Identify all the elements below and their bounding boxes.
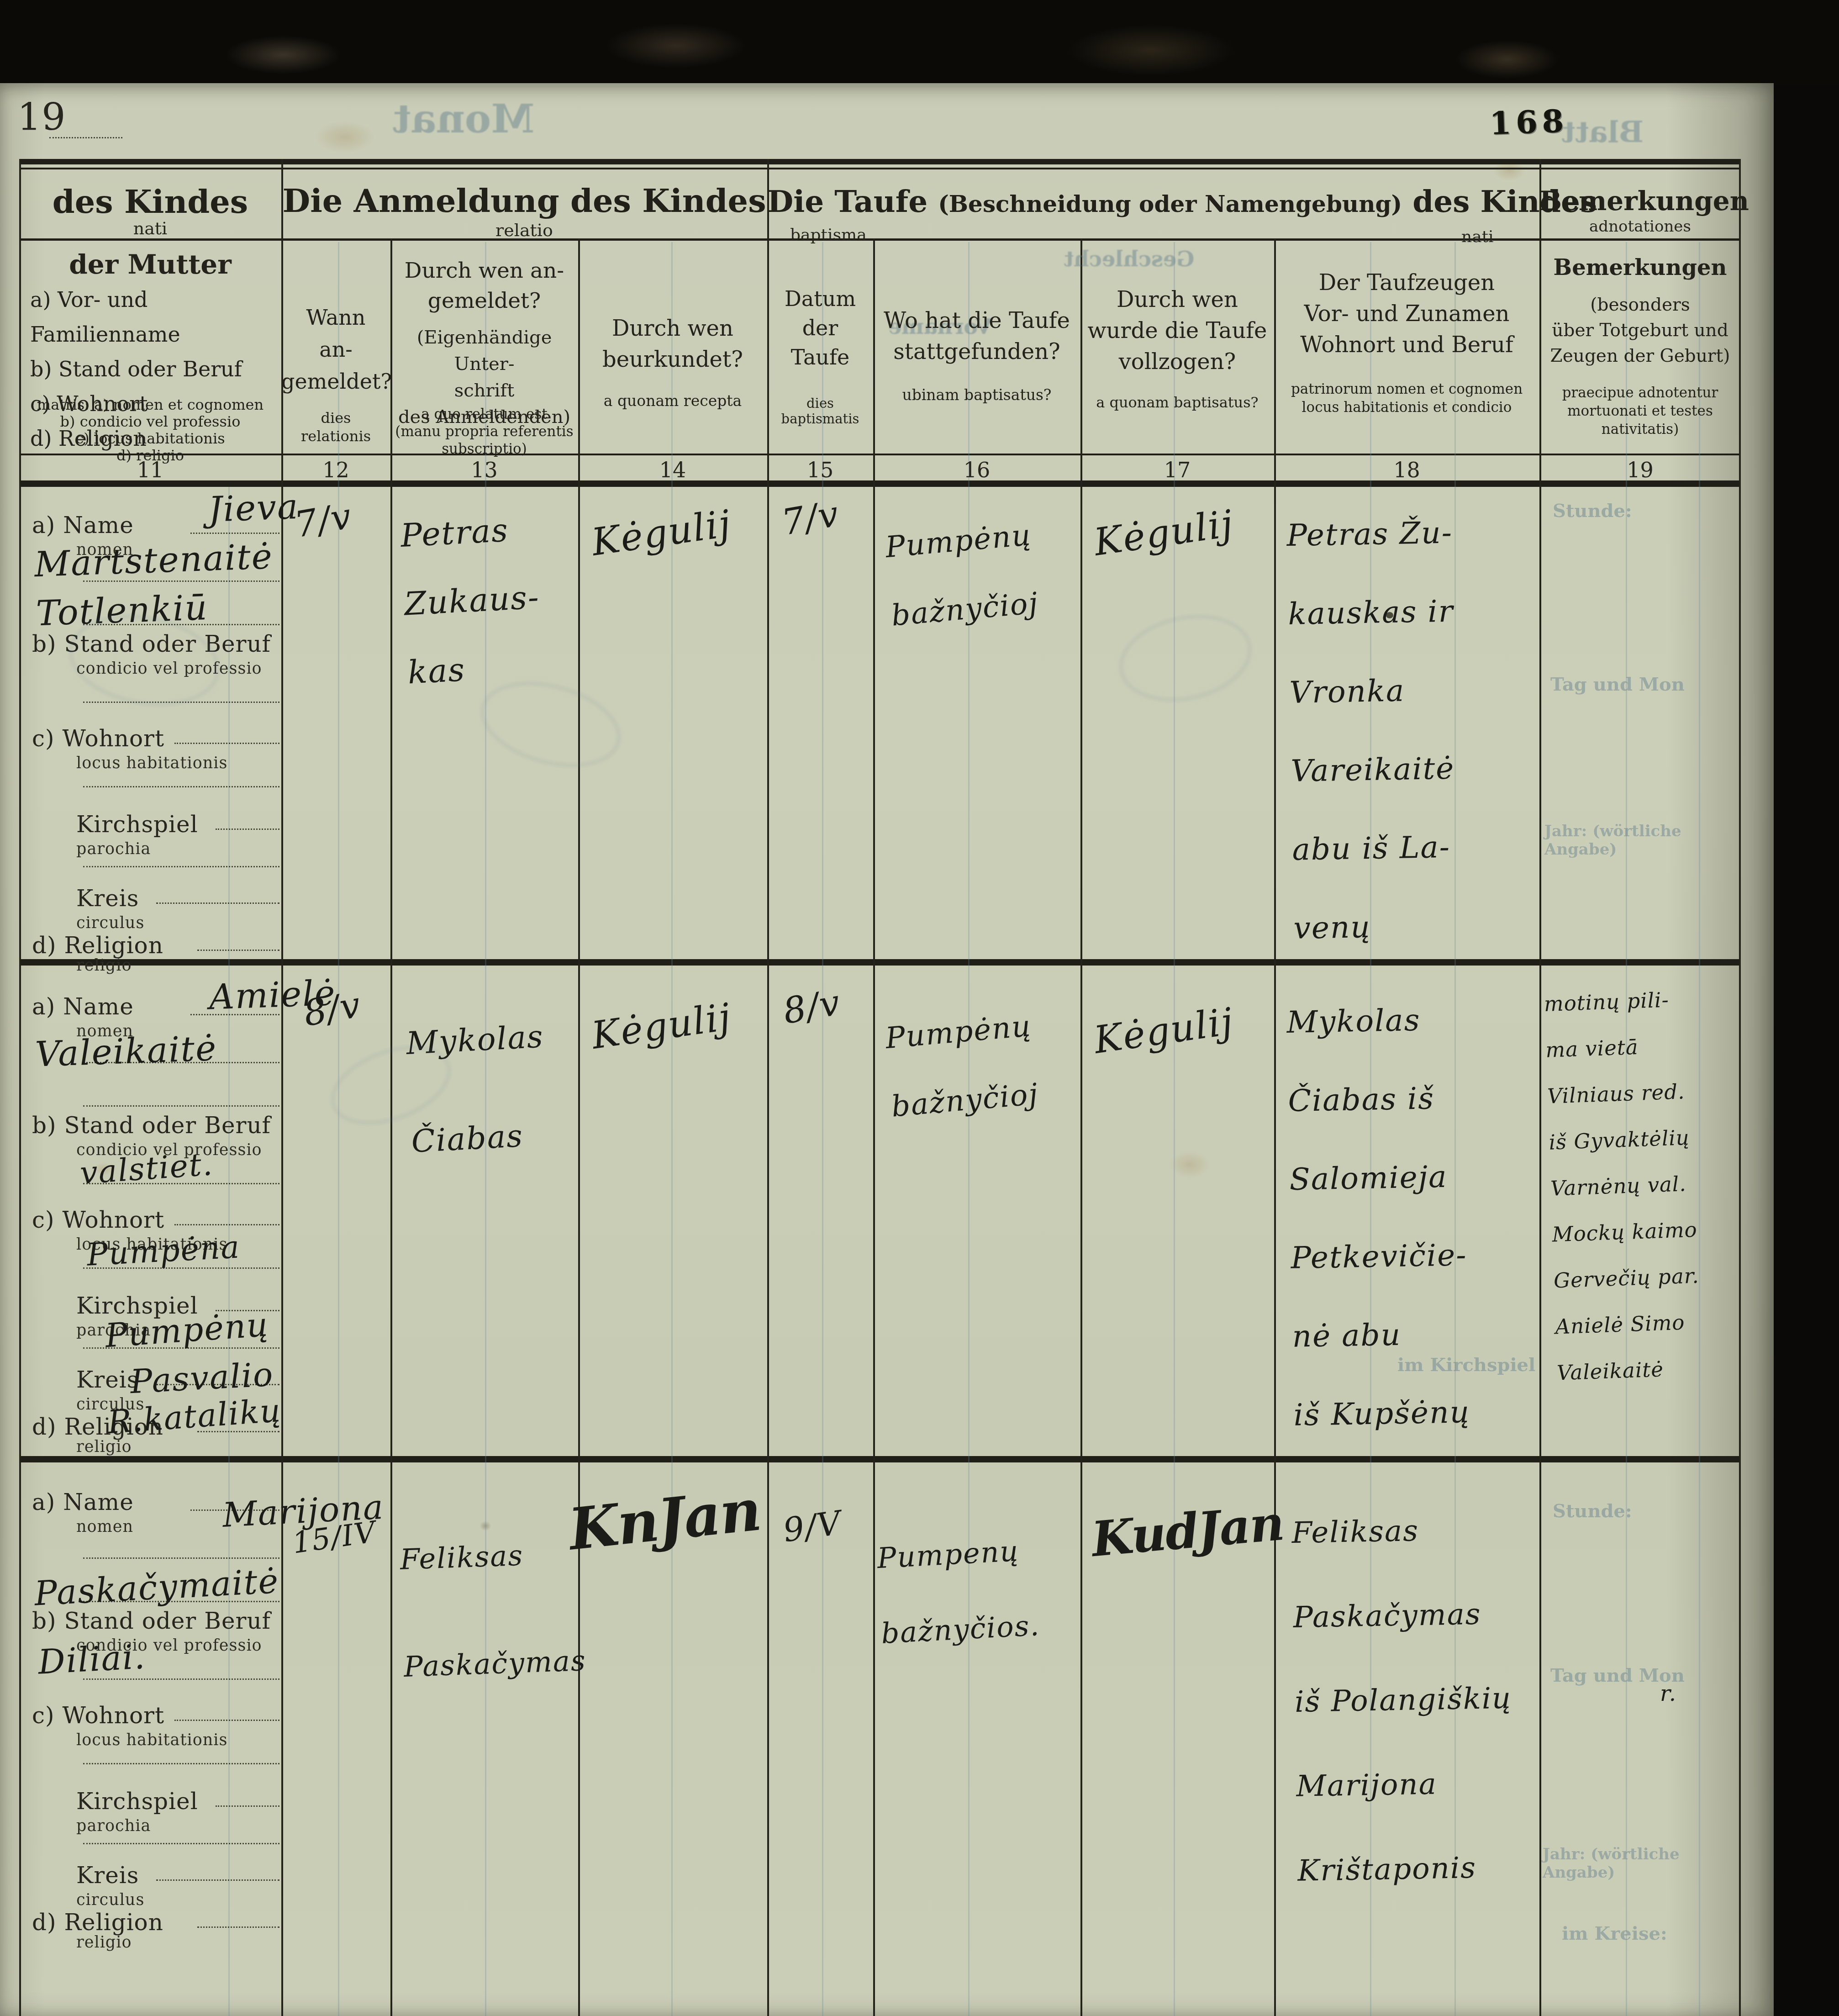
record3-mother-name: Marijona Paskačymaitė Diliai. [29,1473,387,1696]
writing-line [156,1879,279,1881]
label-kirchspiel: Kirchspiel [76,811,198,838]
col-line-17-18 [1274,238,1276,2016]
colhead-taeufer-title: Durch wen wurde die Taufe vollzogen? [1080,284,1274,377]
colhead-beurkundet-latin: a quonam recepta [578,392,767,410]
colhead-zeugen-title: Der Taufzeugen Vor- und Zunamen Wohnort … [1274,267,1539,360]
table-border-top-thick [19,159,1741,164]
bleed-blatt-label: Blatt [1562,115,1644,149]
record2-godparents: Mykolas Čiabas iš Salomieja Petkevičie- … [1286,979,1550,1455]
record3-godparents: Feliksas Paskačymas iš Polangiškių Marij… [1291,1487,1554,1914]
writing-line [174,1720,279,1721]
writing-line [83,866,279,867]
colhead-taufort-latin: ubinam baptisatus? [873,386,1080,404]
label-circulus: circulus [76,914,144,932]
label-wohnort: c) Wohnort [32,1702,164,1729]
writing-line [83,702,279,703]
label-wohnort: c) Wohnort [32,725,164,752]
row2-bottom-thick [19,1456,1741,1462]
colhead-taufort-title: Wo hat die Taufe stattgefunden? [873,305,1080,367]
col-number-16: 16 [873,458,1080,482]
bleed-rule [1174,242,1175,2016]
record3-baptism-place: Pumpenų bažnyčios. [875,1512,1042,1671]
label-locus: locus habitationis [76,754,227,772]
colhead-datum-latin: dies baptismatis [767,396,873,427]
record1-reporter: Petras Zukaus- kas [399,495,545,707]
col-number-15: 15 [767,458,873,482]
label-locus: locus habitationis [76,1731,227,1749]
record3-baptism-date: 9/V [781,1503,844,1549]
colhead-bemerkungen-title: Bemerkungen [1539,255,1741,280]
bleed-stunde-r3: Stunde: [1553,1500,1632,1522]
label-wohnort: c) Wohnort [32,1207,164,1233]
writing-line [174,743,279,744]
label-religio: religio [76,1933,132,1952]
bleed-geschlecht: Geschlecht [1064,247,1194,271]
folio-dotted-line [49,137,122,138]
group-sub-baptisma: baptisma [790,226,867,244]
writing-line [83,786,279,787]
label-religion: d) Religion [32,932,163,959]
taufe-title-main: Die Taufe [767,184,927,219]
scan-dark-edge-top [0,0,1839,85]
bleed-monat-label: Monat [393,96,535,142]
col-number-19: 19 [1539,458,1741,482]
bleed-tagmon-r3: Tag und Mon [1550,1665,1685,1686]
col-line-14-15 [767,159,769,2016]
table-border-top-thin [19,168,1741,169]
group-sub-nati: nati [19,218,281,238]
folio-year-prefix: 19 [17,96,66,139]
writing-line [216,1805,279,1807]
col-number-12: 12 [281,458,390,482]
colhead-mutter-latin: matris: a) nomen et cognomen b) condicio… [19,396,281,464]
record2-reporter: Mykolas Čiabas [404,987,551,1191]
colhead-wann-title: Wann an- gemeldet? [281,301,390,397]
writing-line [197,1926,279,1928]
label-kreis: Kreis [76,1862,139,1889]
taufe-title-paren: (Beschneidung oder Namengebung) [938,190,1402,217]
col-number-11: 11 [19,458,281,482]
col-line-12-13 [390,238,392,2016]
writing-line [197,950,279,951]
record1-godparents: Petras Žu- kauskas ir Vronka Vareikaitė … [1286,492,1550,968]
label-parochia: parochia [76,840,151,858]
writing-line [156,902,279,904]
label-religio: religio [76,1438,132,1456]
group-sub-nati-right: nati [1461,227,1494,246]
sheet-number-stamp: 168 [1489,103,1569,142]
label-parochia: parochia [76,1817,151,1835]
colhead-bemerkungen-note: (besonders über Totgeburt und Zeugen der… [1539,292,1741,369]
record1-baptism-place: Pumpėnų bažnyčioj [883,501,1042,650]
group-title-bemerkungen: Bemerkungen [1539,185,1741,216]
colhead-anmelder-title: Durch wen an- gemeldet? [390,256,578,316]
col-line-13-14 [578,238,580,2016]
colhead-wann-latin: dies relationis [281,409,390,445]
col-number-13: 13 [390,458,578,482]
writing-line [216,829,279,830]
col-line-16-17 [1080,238,1082,2016]
label-kirchspiel: Kirchspiel [76,1788,198,1815]
colhead-anmelder-latin: a quo relatum est (manu propria referent… [390,406,578,458]
group-sub-relatio: relatio [281,220,767,240]
record3-reporter: Feliksas Paskačymas [398,1499,588,1720]
col-number-14: 14 [578,458,767,482]
writing-line [83,1843,279,1844]
bleed-rule [671,242,673,2016]
label-kreis: Kreis [76,885,139,912]
record2-remarks: motinų pili- ma vietā Vilniaus red. iš G… [1543,974,1758,1396]
colhead-bemerkungen-latin: praecipue adnotentur mortuonati et teste… [1539,384,1741,438]
label-condicio: condicio vel professio [76,660,262,678]
group-sub-adnotationes: adnotationes [1539,217,1741,236]
bleed-jahr-r3: Jahr: (wörtliche Angabe) [1543,1845,1734,1882]
colhead-beurkundet-title: Durch wen beurkundet? [578,313,767,375]
bleed-imkreise-r3: im Kreise: [1562,1923,1667,1944]
writing-line [174,1224,279,1225]
colhead-mutter-title: der Mutter [19,249,281,280]
colhead-datum-title: Datum der Taufe [767,284,873,372]
bleed-stunde-r1: Stunde: [1553,500,1632,522]
col-line-15-16 [873,238,875,2016]
record2-baptism-place: Pumpėnų bažnyčioj [883,992,1042,1141]
group-title-des-kindes: des Kindes [19,183,281,221]
bleed-jahr-r1: Jahr: (wörtliche Angabe) [1544,822,1736,859]
group-title-anmeldung: Die Anmeldung des Kindes [281,182,767,220]
scanned-register-page: 19 Monat 168 Blatt des Kindes nati Die A… [0,0,1839,2016]
writing-line [83,1105,279,1107]
label-religion: d) Religion [32,1909,163,1936]
colhead-zeugen-latin: patrinorum nomen et cognomen locus habit… [1274,380,1539,417]
writing-line [83,1763,279,1764]
bleed-tagmon-r1: Tag und Mon [1550,674,1685,695]
col-number-17: 17 [1080,458,1274,482]
label-circulus: circulus [76,1891,144,1909]
group-title-taufe: Die Taufe (Beschneidung oder Namengebung… [767,184,1539,219]
label-stand: b) Stand oder Beruf [32,1112,271,1139]
col-number-18: 18 [1274,458,1539,482]
colhead-taeufer-latin: a quonam baptisatus? [1080,394,1274,411]
bleed-kirchspiel-r2: im Kirchspiel [1397,1354,1535,1376]
